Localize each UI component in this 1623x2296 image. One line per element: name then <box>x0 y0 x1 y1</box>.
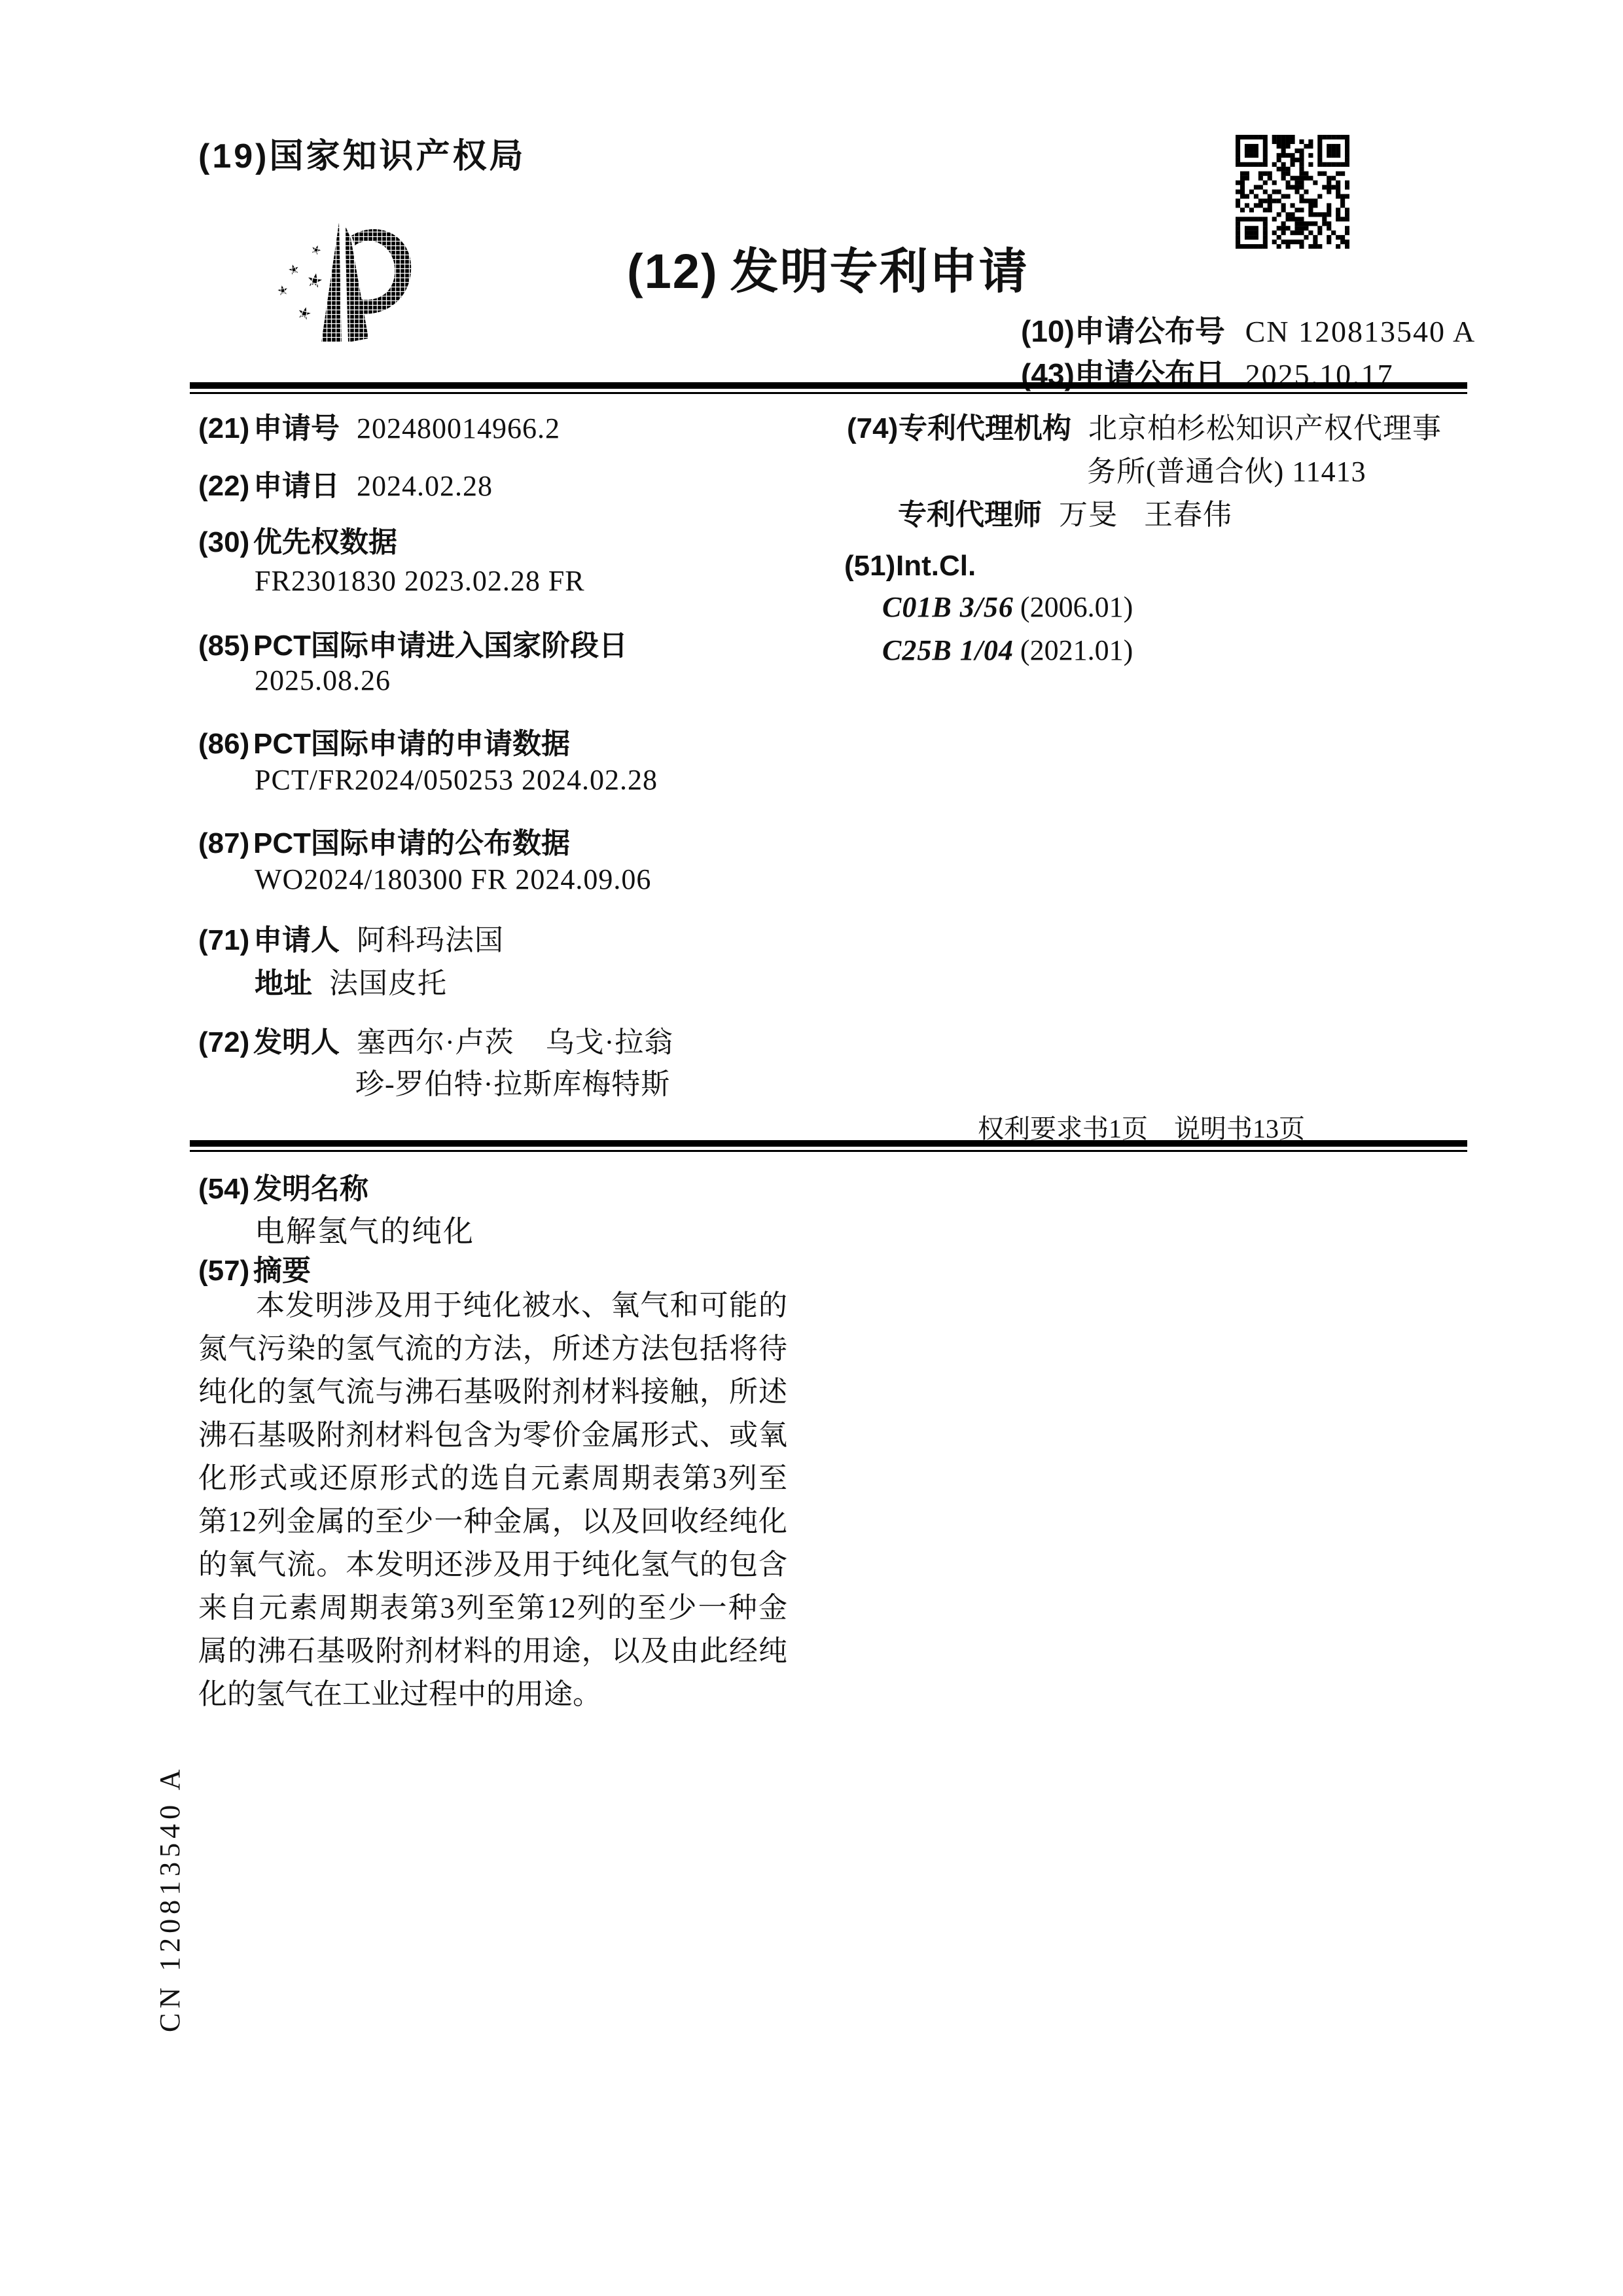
field-code: (86) <box>198 728 253 761</box>
publication-number-line: (10)申请公布号 CN 120813540 A <box>1021 308 1476 351</box>
field-priority-data: (30)优先权数据 <box>198 518 414 560</box>
field-national-phase-date: (85)PCT国际申请进入国家阶段日 <box>198 622 645 664</box>
ipc-class-row: C01B 3/56(2006.01) <box>882 590 1133 624</box>
document-type-text: 发明专利申请 <box>730 244 1029 298</box>
field-abstract: (57)摘要 <box>198 1247 328 1289</box>
agent-name: 万旻 <box>1059 499 1118 531</box>
field-label: PCT国际申请的申请数据 <box>253 728 570 760</box>
claims-pages: 权利要求书1页 <box>978 1114 1148 1143</box>
field-invention-title: (54)发明名称 <box>198 1165 385 1207</box>
section-divider-rule <box>190 1140 1467 1147</box>
field-label: Int.Cl. <box>896 550 976 582</box>
office-name: (19)国家知识产权局 <box>198 128 526 177</box>
publication-number-value: CN 120813540 A <box>1245 315 1476 348</box>
field-code: (22) <box>198 470 253 503</box>
field-patent-agency: (74)专利代理机构北京柏杉松知识产权代理事 <box>847 404 1442 446</box>
field-pct-publication-data: (87)PCT国际申请的公布数据 <box>198 819 587 861</box>
field-label: 申请人 <box>253 924 340 956</box>
field-code: (51) <box>844 550 896 583</box>
field-label: 专利代理师 <box>898 499 1042 531</box>
field-int-cl: (51)Int.Cl. <box>844 550 993 583</box>
agency-name-line1: 北京柏杉松知识产权代理事 <box>1088 412 1442 444</box>
field-application-date: (22)申请日2024.02.28 <box>198 462 493 504</box>
field-value: 2024.02.28 <box>357 470 493 502</box>
invention-title: 电解氢气的纯化 <box>255 1208 474 1251</box>
abstract-text: 本发明涉及用于纯化被水、氧气和可能的氮气污染的氢气流的方法，所述方法包括将待纯化… <box>198 1284 787 1716</box>
priority-value: FR2301830 2023.02.28 FR <box>255 564 585 598</box>
cnipa-logo <box>265 216 422 347</box>
inventor-name: 乌戈·拉翁 <box>546 1026 674 1058</box>
document-type-title: (12)发明专利申请 <box>627 233 1029 302</box>
field-label: 发明人 <box>253 1026 340 1058</box>
field-value: 阿科玛法国 <box>357 924 504 956</box>
field-label: PCT国际申请的公布数据 <box>253 827 570 859</box>
field-code: (54) <box>198 1173 253 1206</box>
inventor-name: 珍-罗伯特·拉斯库梅特斯 <box>355 1068 670 1100</box>
field-label: 优先权数据 <box>253 526 397 558</box>
logo-shapes <box>277 223 411 342</box>
field-code: (30) <box>198 526 253 559</box>
agent-name: 王春伟 <box>1144 499 1232 531</box>
publication-number-label: (10)申请公布号 <box>1021 314 1225 348</box>
field-label: PCT国际申请进入国家阶段日 <box>253 630 628 662</box>
inventor-name: 塞西尔·卢茨 <box>357 1026 514 1058</box>
field-value: 202480014966.2 <box>357 412 560 444</box>
field-label: 地址 <box>255 967 312 999</box>
ipc-class-row: C25B 1/04(2021.01) <box>882 634 1133 667</box>
pct-application-value: PCT/FR2024/050253 2024.02.28 <box>255 763 658 797</box>
field-code: (57) <box>198 1255 253 1287</box>
field-label: 专利代理机构 <box>899 412 1071 444</box>
logo-stars <box>277 244 323 321</box>
side-publication-code: CN 120813540 A <box>153 1765 187 2032</box>
field-label: 申请日 <box>253 470 340 502</box>
field-applicant: (71)申请人阿科玛法国 <box>198 916 504 958</box>
field-code: (85) <box>198 630 253 662</box>
field-code: (71) <box>198 924 253 957</box>
field-code: (72) <box>198 1026 253 1059</box>
document-type-number: (12) <box>627 244 719 298</box>
ipc-class-code: C25B 1/04 <box>882 634 1014 666</box>
field-value: 法国皮托 <box>329 967 447 999</box>
field-label: 发明名称 <box>253 1173 368 1205</box>
field-address: 地址法国皮托 <box>255 960 447 1001</box>
qr-code <box>1236 135 1349 249</box>
field-application-number: (21)申请号202480014966.2 <box>198 404 560 446</box>
field-label: 摘要 <box>253 1255 311 1287</box>
field-label: 申请号 <box>253 412 340 444</box>
patent-front-page: (19)国家知识产权局 <box>0 0 1623 2296</box>
field-pct-application-data: (86)PCT国际申请的申请数据 <box>198 720 587 762</box>
description-pages: 说明书13页 <box>1174 1114 1305 1143</box>
ipc-class-version: (2021.01) <box>1020 634 1133 666</box>
field-code: (87) <box>198 827 253 860</box>
ipc-class-code: C01B 3/56 <box>882 591 1014 623</box>
header-divider-rule <box>190 382 1467 389</box>
inventor-name-row: 珍-罗伯特·拉斯库梅特斯 <box>355 1060 670 1102</box>
pct-publication-value: WO2024/180300 FR 2024.09.06 <box>255 863 651 896</box>
field-code: (21) <box>198 412 253 445</box>
ipc-class-version: (2006.01) <box>1020 591 1133 623</box>
field-inventors: (72)发明人塞西尔·卢茨乌戈·拉翁 <box>198 1018 673 1060</box>
field-patent-agents: 专利代理师万旻王春伟 <box>898 491 1232 533</box>
national-phase-value: 2025.08.26 <box>255 664 391 697</box>
agency-name-line2: 务所(普通合伙) 11413 <box>1087 448 1366 490</box>
field-code: (74) <box>847 412 899 445</box>
